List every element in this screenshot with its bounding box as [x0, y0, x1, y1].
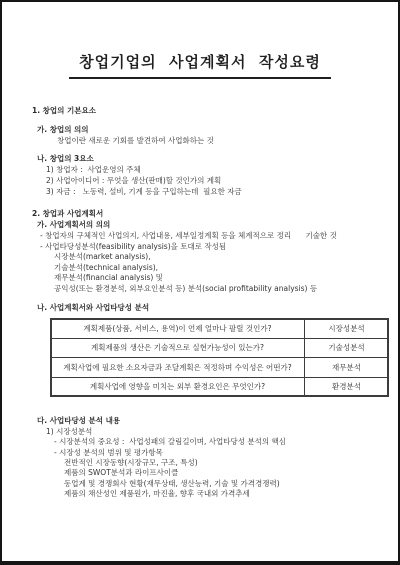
feasibility-basis-line: - 사업타당성분석(feasibility analysis)을 토대로 작성됨	[32, 241, 386, 252]
swot-lifecycle-line: 제품의 SWOT분석과 라이프사이클	[32, 468, 386, 478]
market-scope-line: - 시장성 분석의 범위 및 평가항목	[32, 448, 386, 459]
founder-item: 1) 창업자 : 사업운영의 주체	[32, 164, 386, 175]
section-2c-heading: 다. 사업타당성 분석 내용	[32, 415, 386, 426]
market-trend-line: 전반적인 시장동향(시장규모, 구조, 특성)	[32, 458, 386, 468]
market-importance-line: - 시장분석의 중요성 : 사업성패의 갈림길이며, 사업타당성 분석의 핵심	[32, 437, 386, 448]
question-cell: 계획제품(상품, 서비스, 용역)이 언제 얼마나 팔릴 것인가?	[51, 319, 305, 339]
document-title: 창업기업의 사업계획서 작성요령	[69, 52, 331, 79]
table-row: 계획사업에 필요한 소요자금과 조달계획은 적정하며 수익성은 어떤가? 재무분…	[51, 358, 389, 378]
analysis-cell: 기술성분석	[305, 338, 389, 358]
section-1a-heading: 가. 창업의 의의	[32, 124, 386, 135]
business-idea-item: 2) 사업아이디어 : 무엇을 생산(판매)할 것인가의 계획	[32, 175, 386, 186]
question-cell: 계획사업에 영향을 미치는 외부 환경요인은 무엇인가?	[51, 377, 305, 397]
plan-definition-line: - 창업자의 구체적인 사업의지, 사업내용, 세부일정계획 등을 체계적으로 …	[32, 230, 386, 241]
social-profitability-line: 공익성(또는 환경분석, 외부요인분석 등) 분석(social profita…	[32, 284, 386, 295]
technical-analysis-line: 기술분석(technical analysis),	[32, 263, 386, 274]
analysis-cell: 재무분석	[305, 358, 389, 378]
analysis-cell: 시장성분석	[305, 319, 389, 339]
marketability-heading: 1) 시장성분석	[32, 426, 386, 437]
question-cell: 계획제품의 생산은 기술적으로 실현가능성이 있는가?	[51, 338, 305, 358]
capital-item: 3) 자금 : 노동력, 설비, 기계 등을 구입하는데 필요한 자금	[32, 186, 386, 197]
question-cell: 계획사업에 필요한 소요자금과 조달계획은 적정하며 수익성은 어떤가?	[51, 358, 305, 378]
document-body: 1. 창업의 기본요소 가. 창업의 의의 창업이란 새로운 기회를 발견하여 …	[2, 105, 398, 500]
market-analysis-line: 시장분석(market analysis),	[32, 252, 386, 263]
document-page: 창업기업의 사업계획서 작성요령 1. 창업의 기본요소 가. 창업의 의의 창…	[0, 0, 400, 565]
product-cost-line: 제품의 채산성인 제품원가, 마진율, 향후 국내외 가격추세	[32, 489, 386, 499]
table-row: 계획사업에 영향을 미치는 외부 환경요인은 무엇인가? 환경분석	[51, 377, 389, 397]
table-row: 계획제품의 생산은 기술적으로 실현가능성이 있는가? 기술성분석	[51, 338, 389, 358]
competitor-status-line: 동업계 및 경쟁회사 현황(재무상태, 생산능력, 기술 및 가격경쟁력)	[32, 479, 386, 489]
analysis-cell: 환경분석	[305, 377, 389, 397]
section-1a-body: 창업이란 새로운 기회를 발견하여 사업화하는 것	[32, 135, 386, 146]
section-1-heading: 1. 창업의 기본요소	[32, 105, 386, 116]
section-1b-heading: 나. 창업의 3요소	[32, 153, 386, 164]
section-2b-heading: 나. 사업계획서와 사업타당성 분석	[32, 302, 386, 313]
table-row: 계획제품(상품, 서비스, 용역)이 언제 얼마나 팔릴 것인가? 시장성분석	[51, 319, 389, 339]
section-2-heading: 2. 창업과 사업계획서	[32, 208, 386, 219]
financial-analysis-line: 재무분석(financial analysis) 및	[32, 273, 386, 284]
feasibility-table: 계획제품(상품, 서비스, 용역)이 언제 얼마나 팔릴 것인가? 시장성분석 …	[50, 318, 389, 397]
section-2a-heading: 가. 사업계획서의 의의	[32, 219, 386, 230]
title-block: 창업기업의 사업계획서 작성요령	[2, 52, 398, 79]
